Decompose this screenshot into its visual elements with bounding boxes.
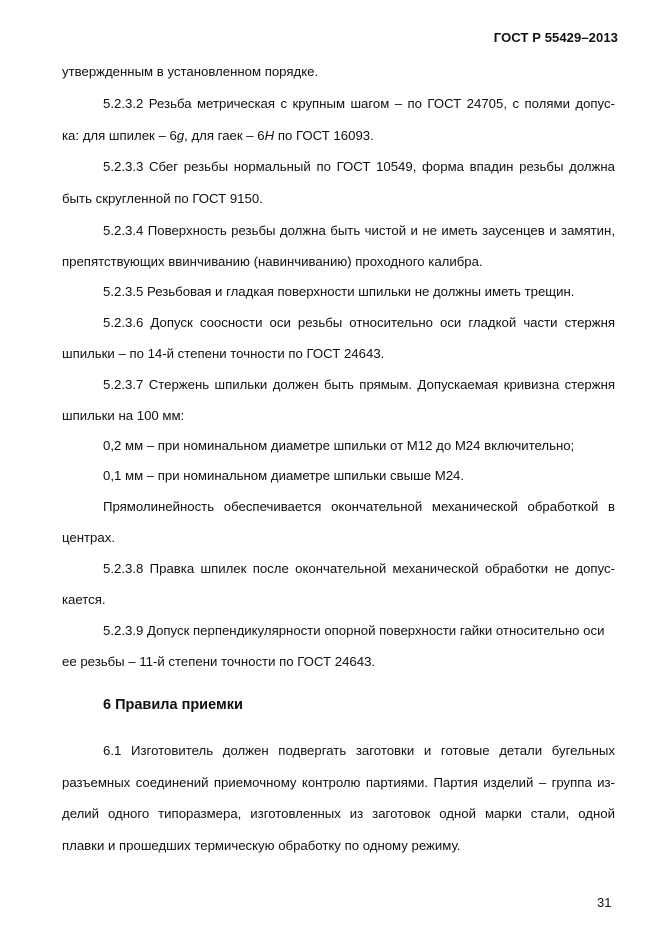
paragraph-line: центрах.: [62, 530, 615, 546]
section-heading: 6 Правила приемки: [103, 697, 243, 713]
paragraph-5-2-3-3-line: 5.2.3.3 Сбег резьбы нормальный по ГОСТ 1…: [103, 159, 615, 175]
paragraph-5-2-3-2-tolerances: ка: для шпилек – 6g, для гаек – 6H по ГО…: [62, 128, 615, 144]
paragraph-6-1-line: 6.1 Изготовитель должен подвергать загот…: [103, 743, 615, 759]
paragraph-6-1-line: плавки и прошедших термическую обработку…: [62, 838, 615, 854]
list-item: 0,1 мм – при номинальном диаметре шпильк…: [103, 468, 615, 484]
paragraph-5-2-3-8-line: кается.: [62, 592, 615, 608]
list-item: 0,2 мм – при номинальном диаметре шпильк…: [103, 438, 615, 454]
paragraph-5-2-3-4-line: 5.2.3.4 Поверхность резьбы должна быть ч…: [103, 223, 615, 239]
page-number: 31: [597, 895, 611, 910]
paragraph-5-2-3-5-line: 5.2.3.5 Резьбовая и гладкая поверхности …: [103, 284, 615, 300]
text: ка: для шпилек – 6: [62, 128, 177, 143]
paragraph-6-1-line: разъемных соединений приемочному контрол…: [62, 775, 615, 791]
paragraph-5-2-3-9-line: ее резьбы – 11-й степени точности по ГОС…: [62, 654, 615, 670]
paragraph-5-2-3-4-line: препятствующих ввинчиванию (навинчиванию…: [62, 254, 615, 270]
paragraph-5-2-3-7-line: 5.2.3.7 Стержень шпильки должен быть пря…: [103, 377, 615, 393]
paragraph-6-1-line: делий одного типоразмера, изготовленных …: [62, 806, 615, 822]
paragraph-5-2-3-9-line: 5.2.3.9 Допуск перпендикулярности опорно…: [103, 623, 615, 639]
paragraph-5-2-3-3-line: быть скругленной по ГОСТ 9150.: [62, 191, 615, 207]
paragraph-5-2-3-8-line: 5.2.3.8 Правка шпилек после окончательно…: [103, 561, 615, 577]
paragraph-line: Прямолинейность обеспечивается окончател…: [103, 499, 615, 515]
text: по ГОСТ 16093.: [274, 128, 374, 143]
paragraph-5-2-3-2-line: 5.2.3.2 Резьба метрическая с крупным шаг…: [103, 96, 615, 112]
paragraph-line: утвержденным в установленном порядке.: [62, 64, 615, 80]
nut-tolerance-field: H: [265, 128, 275, 143]
paragraph-5-2-3-7-line: шпильки на 100 мм:: [62, 408, 615, 424]
text: , для гаек – 6: [184, 128, 264, 143]
paragraph-5-2-3-6-line: 5.2.3.6 Допуск соосности оси резьбы отно…: [103, 315, 615, 331]
document-header: ГОСТ Р 55429–2013: [494, 30, 618, 45]
paragraph-5-2-3-6-line: шпильки – по 14-й степени точности по ГО…: [62, 346, 615, 362]
